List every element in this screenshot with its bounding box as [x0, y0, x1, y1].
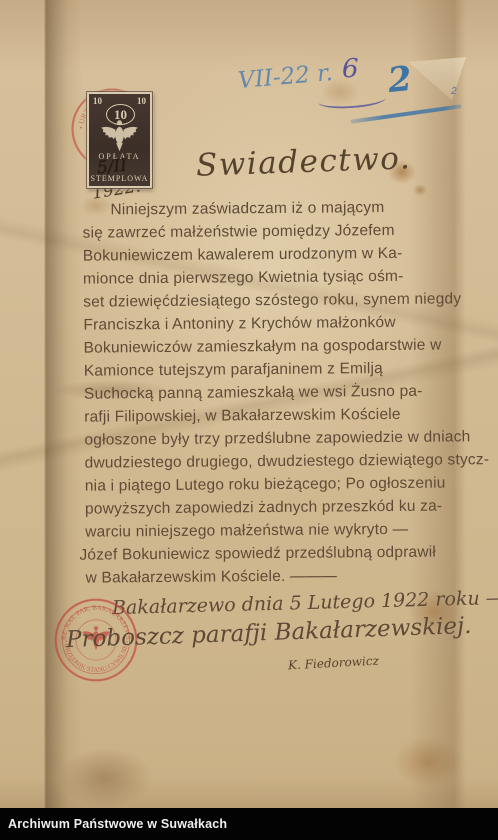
letter-line: set dziewięćdziesiątego szóstego roku, s…: [83, 287, 465, 313]
stamp-word-stemplowa: STEMPLOWA: [89, 174, 150, 183]
letter-line: się zawrzeć małżeństwie pomiędzy Józefem: [83, 218, 465, 244]
letter-line: mionce dnia pierwszego Kwietnia tysiąc o…: [83, 264, 465, 290]
letter-line: Bokuniewiczów zamieszkałym na gospodarst…: [84, 333, 466, 359]
watermark-bar: Archiwum Państwowe w Suwałkach: [0, 808, 498, 840]
stamp-value-left: 10: [93, 96, 102, 106]
letter-line: Suchocką panną zamieszkałą we wsi Żusno …: [84, 379, 466, 405]
ink-number: 6: [342, 54, 359, 84]
archive-name: Archiwum Państwowe w Suwałkach: [8, 817, 227, 831]
letter-line: Niniejszym zaświadczam iż o mającym: [110, 195, 464, 221]
ink-number-underline: [318, 90, 387, 111]
letter-line: w Bakałarzewskim Kościele. ———: [86, 563, 468, 589]
letter-line: nia i piątego Lutego roku bieżącego; Po …: [85, 471, 467, 497]
corner-fold: [404, 44, 468, 102]
letter-body: Niniejszym zaświadczam iż o mającym się …: [82, 195, 467, 589]
page-number: 2: [386, 59, 414, 101]
revenue-stamp: 10 10 10 OPŁATA 5/II STEMPLOWA: [87, 92, 152, 188]
stamp-value-right: 10: [137, 96, 146, 106]
archival-reference: VII-22 r.: [237, 60, 334, 94]
page-number-underline: [350, 104, 461, 124]
letter-line: Kamionce tutejszym parafjaninem z Emilją: [84, 356, 466, 382]
letter-line: rafji Filipowskiej, w Bakałarzewskim Koś…: [84, 402, 466, 428]
scan-viewport: • URZĘDNIK STANU CYWILNEGO • 10 10 10 O: [0, 0, 498, 840]
letter-line: warciu niniejszego małżeństwa nie wykryt…: [85, 517, 467, 543]
letter-line: dwudziestego drugiego, dwudziestego dzie…: [85, 448, 467, 474]
signature: K. Fiedorowicz: [288, 654, 379, 673]
document-title: Swiadectwo.: [195, 140, 411, 183]
document-page: • URZĘDNIK STANU CYWILNEGO • 10 10 10 O: [0, 0, 498, 840]
letter-line: Franciszka i Antoniny z Krychów małżonkó…: [83, 310, 465, 336]
letter-line: Józef Bokuniewicz spowiedź przedślubną o…: [79, 540, 467, 566]
corner-number: 2: [451, 86, 457, 97]
letter-line: ogłoszone były trzy przedślubne zapowied…: [84, 425, 466, 451]
letter-line: powyższych zapowiedzi żadnych przeszkód …: [85, 494, 467, 520]
letter-line: Bokuniewiczem kawalerem urodzonym w Ka-: [83, 241, 465, 267]
